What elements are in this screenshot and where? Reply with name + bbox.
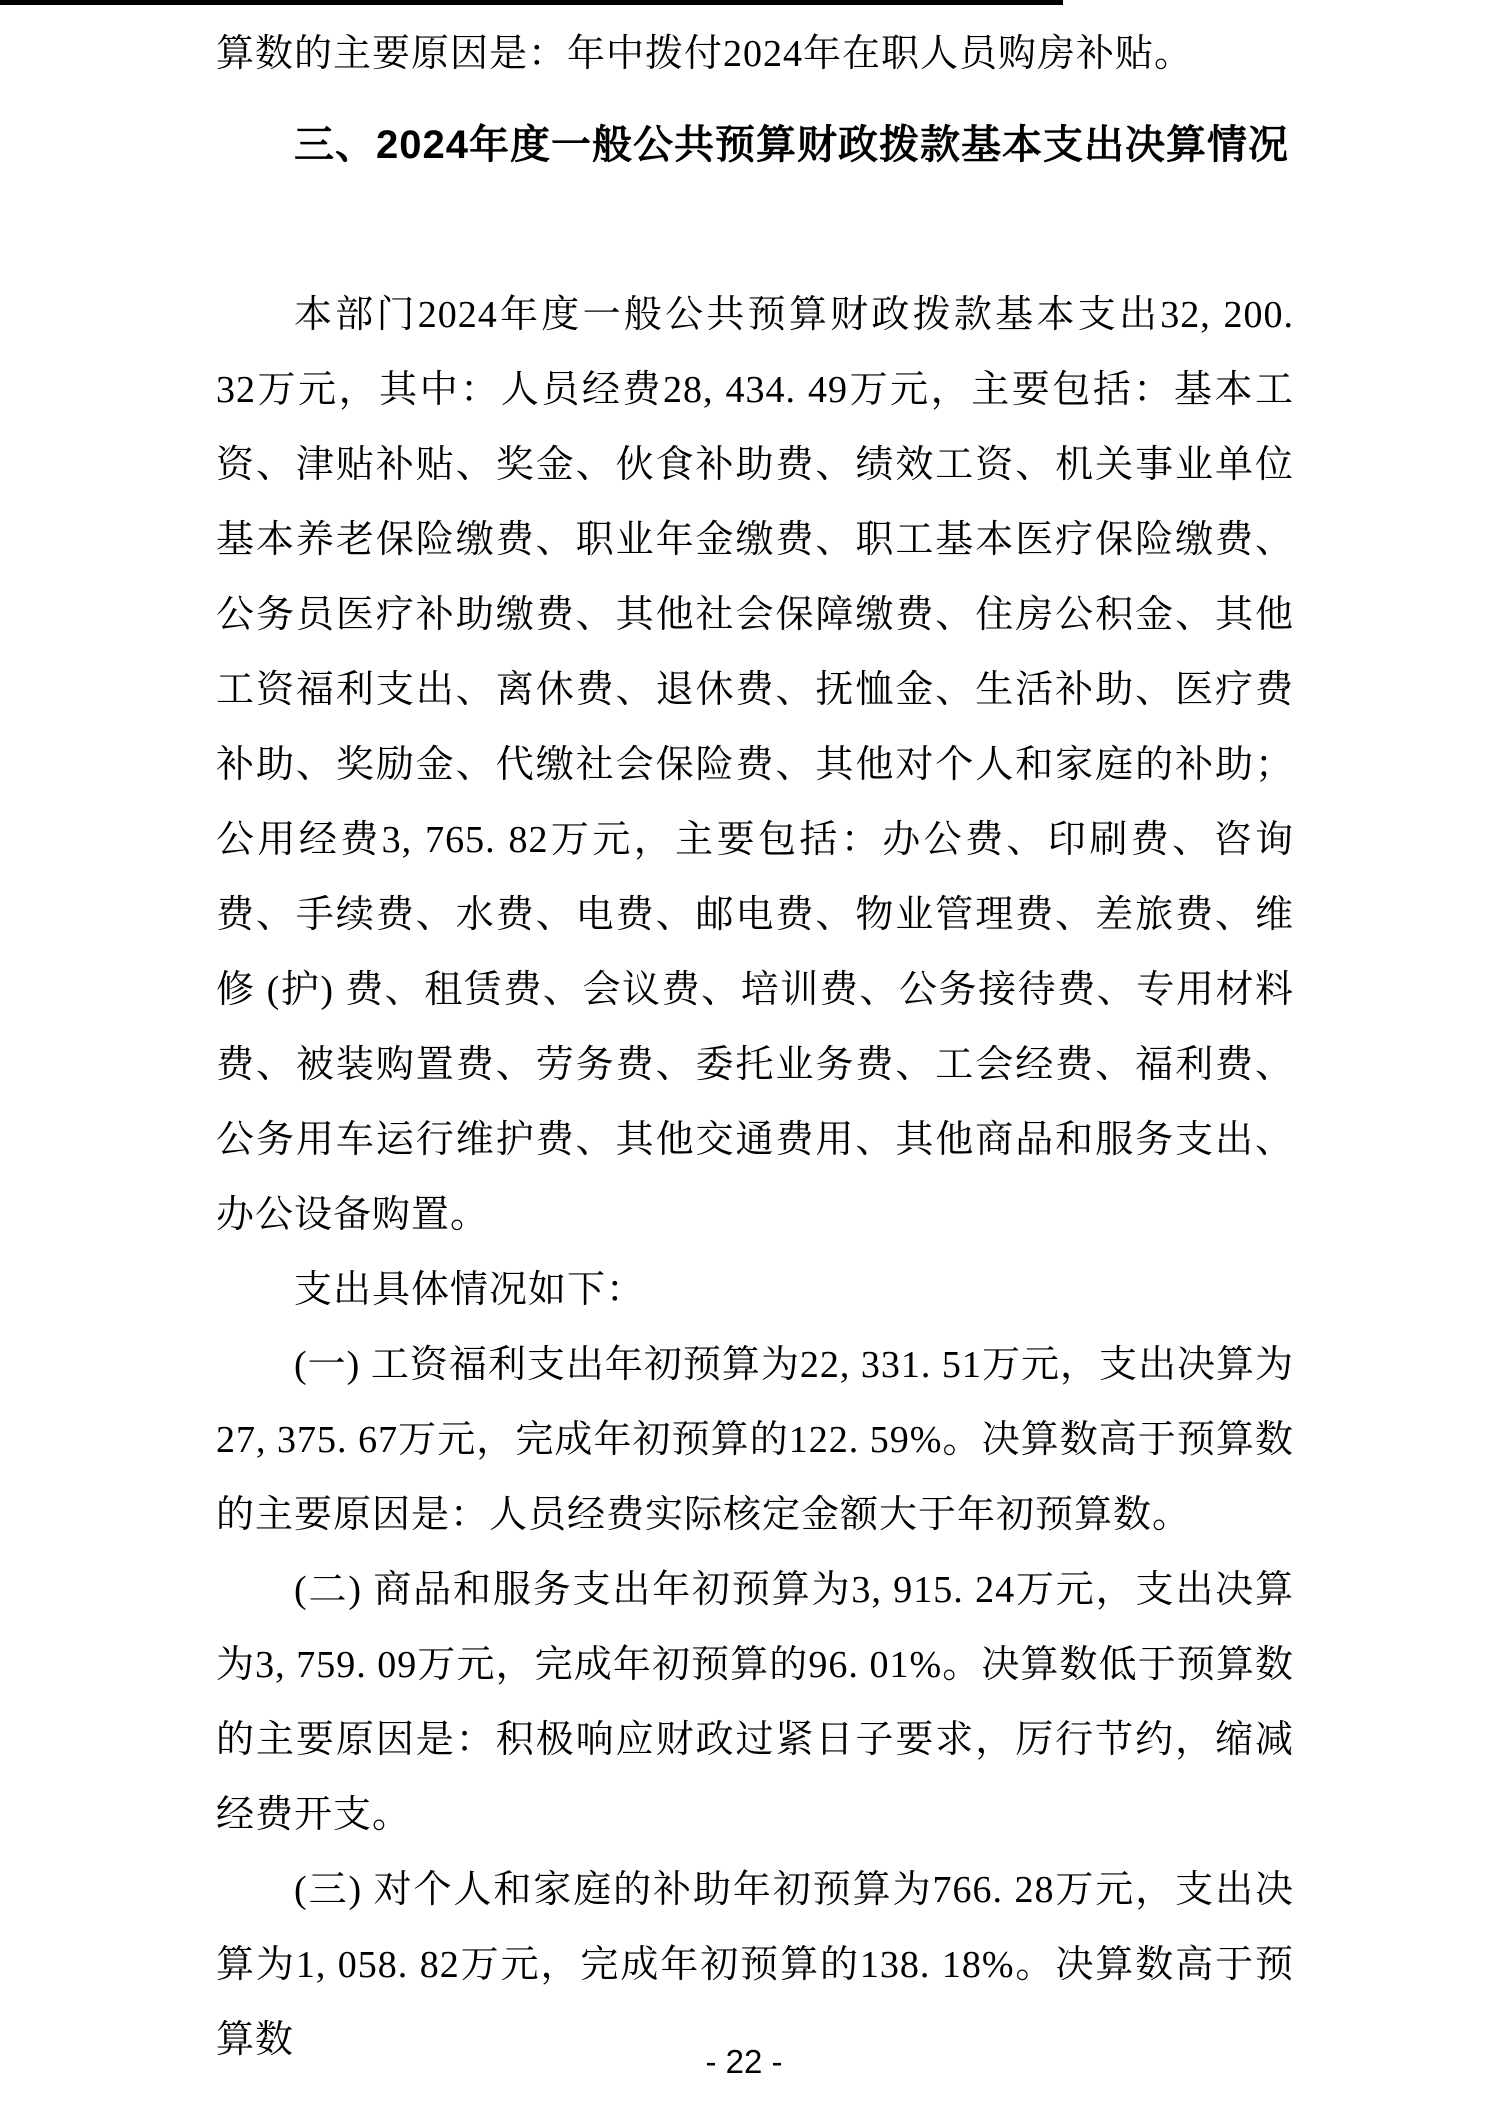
body-paragraph-basic-expenditure: 本部门2024年度一般公共预算财政拨款基本支出32, 200. 32万元，其中：… [216,278,1294,1253]
body-paragraph-item-2-goods-services: (二) 商品和服务支出年初预算为3, 915. 24万元，支出决算为3, 759… [216,1553,1294,1853]
page-number: - 22 - [705,2043,782,2080]
document-body: 算数的主要原因是：年中拨付2024年在职人员购房补贴。 三、2024年度一般公共… [216,17,1294,2078]
body-paragraph-details-intro: 支出具体情况如下： [216,1253,1294,1328]
page-footer: - 22 - [0,2045,1488,2078]
body-paragraph-item-1-wages-welfare: (一) 工资福利支出年初预算为22, 331. 51万元，支出决算为27, 37… [216,1328,1294,1553]
continuation-paragraph: 算数的主要原因是：年中拨付2024年在职人员购房补贴。 [216,17,1294,92]
section-heading: 三、2024年度一般公共预算财政拨款基本支出决算情况 [216,108,1294,183]
document-page: 算数的主要原因是：年中拨付2024年在职人员购房补贴。 三、2024年度一般公共… [0,0,1488,2104]
scan-artifact-bar [0,0,1063,5]
